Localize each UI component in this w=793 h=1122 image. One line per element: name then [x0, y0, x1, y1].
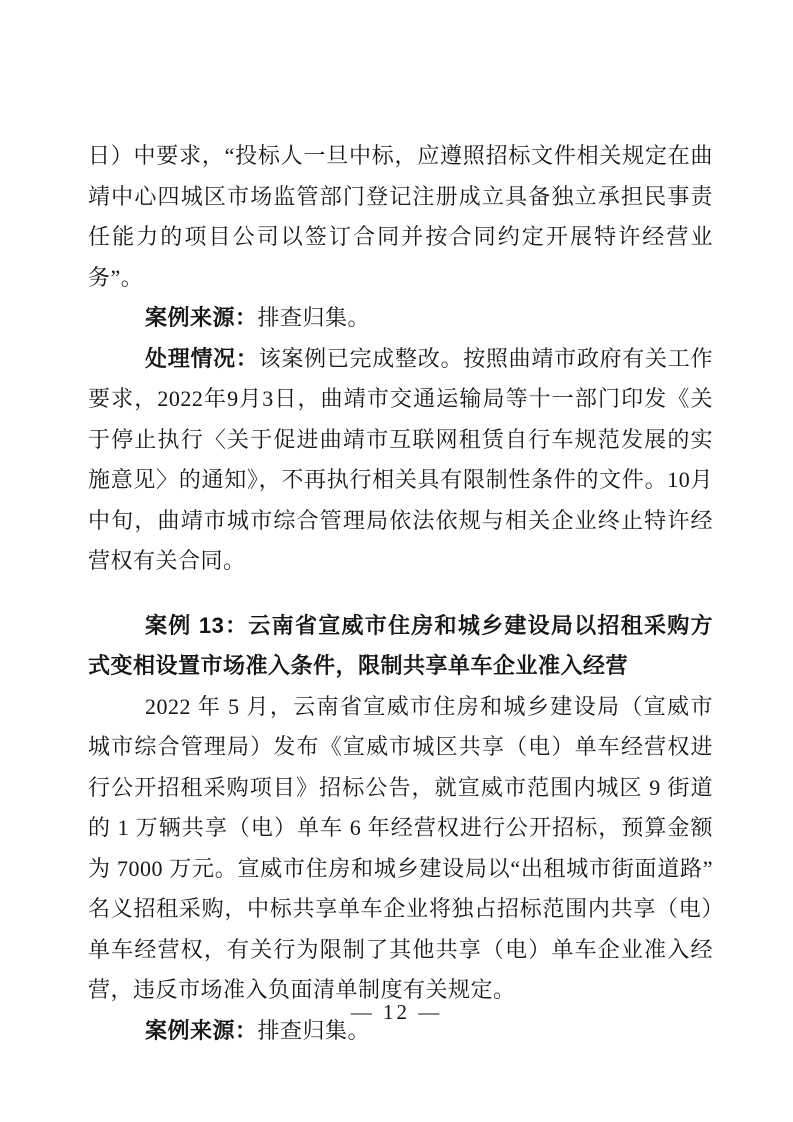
paragraph-case-13-body: 2022 年 5 月，云南省宣威市住房和城乡建设局（宣威市城市综合管理局）发布《… [88, 687, 713, 1011]
document-page: 日）中要求，“投标人一旦中标，应遵照招标文件相关规定在曲靖中心四城区市场监管部门… [0, 0, 793, 1122]
page-content: 日）中要求，“投标人一旦中标，应遵照招标文件相关规定在曲靖中心四城区市场监管部门… [88, 136, 713, 1051]
page-number: — 12 — [0, 1000, 793, 1024]
case-source-label: 案例来源： [145, 305, 258, 330]
paragraph-case-source-1: 案例来源：排查归集。 [88, 298, 713, 339]
case-13-heading: 案例 13：云南省宣威市住房和城乡建设局以招租采购方式变相设置市场准入条件，限制… [88, 606, 713, 687]
handling-value: 该案例已完成整改。按照曲靖市政府有关工作要求，2022年9月3日，曲靖市交通运输… [88, 346, 713, 574]
paragraph-handling: 处理情况：该案例已完成整改。按照曲靖市政府有关工作要求，2022年9月3日，曲靖… [88, 339, 713, 582]
paragraph-continuation: 日）中要求，“投标人一旦中标，应遵照招标文件相关规定在曲靖中心四城区市场监管部门… [88, 136, 713, 298]
case-source-value: 排查归集。 [258, 305, 371, 330]
handling-label: 处理情况： [145, 346, 259, 371]
